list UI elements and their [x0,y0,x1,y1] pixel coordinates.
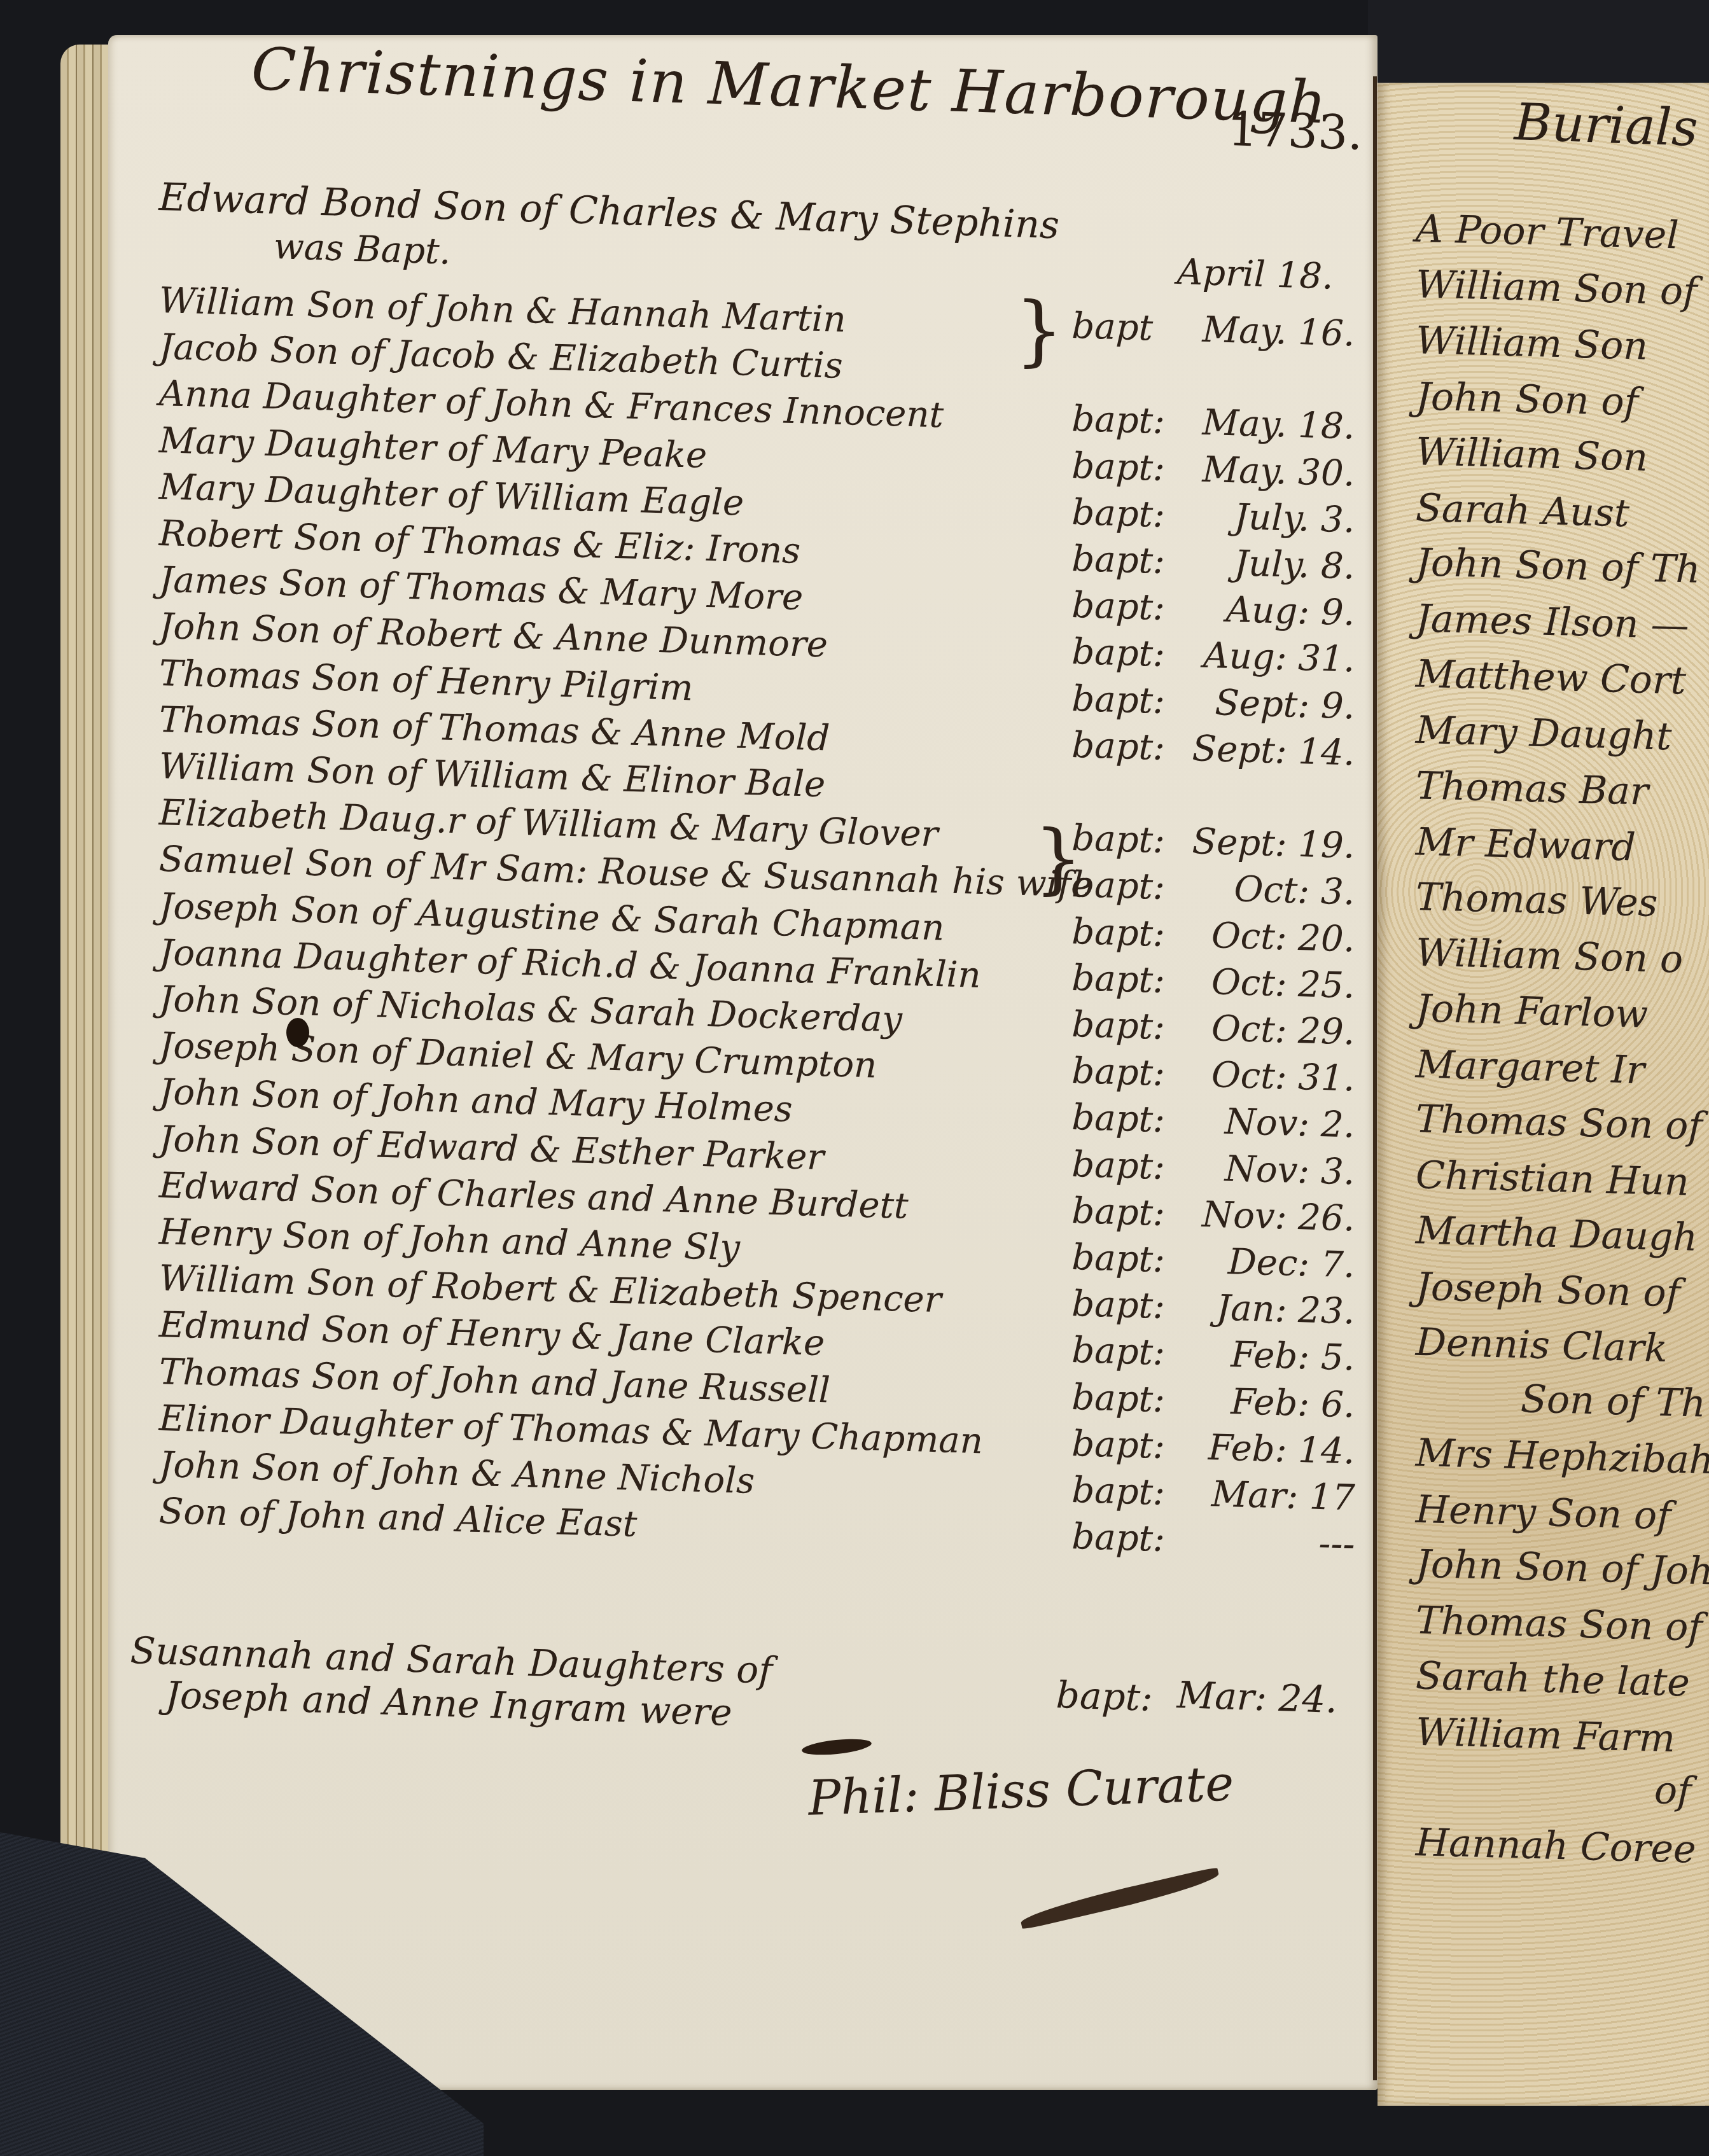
baptism-label: bapt: [1071,864,1166,908]
baptism-label: bapt: [1071,1190,1166,1234]
burial-entry: Henry Son of [1415,1487,1671,1538]
baptism-label: bapt: [1071,1423,1166,1467]
burial-entry: William Farm [1415,1709,1676,1761]
intro-entry-line2: was Bapt. [273,226,451,273]
baptism-label: bapt: [1071,1283,1166,1327]
baptism-date: May. 16. [1202,309,1355,355]
baptism-label: bapt: [1071,1516,1166,1560]
burial-entry: John Son of [1415,374,1639,424]
burial-entry: Mr Edward [1415,819,1636,870]
burial-entry: Thomas Son of [1415,1598,1703,1650]
burial-entry: Mrs Hephzibah [1415,1431,1709,1483]
burial-entry: John Son of John [1415,1541,1709,1594]
baptism-label: bapt: [1071,1004,1166,1048]
baptism-date: Nov: 3. [1224,1148,1355,1193]
baptism-label: bapt: [1071,678,1166,722]
burial-entry: James Ilson — [1415,596,1689,648]
baptism-label: bapt: [1071,445,1166,489]
baptism-date: Mar: 17 [1211,1473,1355,1519]
brace-may16: } [1015,286,1063,375]
burial-entry: Thomas Son of [1415,1097,1703,1149]
baptism-label: bapt: [1071,725,1166,769]
baptism-label: bapt: [1071,911,1166,955]
ink-blot [286,1018,309,1047]
burial-entry: Joseph Son of [1415,1264,1681,1316]
burial-entry: Mary Daught [1415,707,1672,759]
burial-entry: of [1654,1768,1692,1814]
baptism-date: Nov: 2. [1224,1101,1355,1146]
baptism-label: bapt: [1071,1330,1166,1374]
baptism-label: bapt: [1071,631,1166,675]
burials-title: Burials [1513,92,1699,158]
baptism-label: bapt: [1071,1470,1166,1513]
burial-entry: William Son of [1415,262,1698,314]
baptism-date: --- [1318,1523,1356,1566]
baptism-label: bapt: [1071,817,1166,861]
book-gutter [1373,76,1377,2080]
page-year: 1733. [1227,102,1364,161]
burial-entry: Son of Th [1520,1377,1706,1426]
baptism-date: Oct: 20. [1211,915,1355,960]
baptism-date: Oct: 3. [1234,869,1356,914]
twins-entry-date: Mar: 24. [1176,1673,1338,1721]
baptism-label: bapt: [1071,1144,1166,1188]
burial-entry: Christian Hun [1415,1153,1689,1204]
burial-entry: Thomas Bar [1415,763,1649,814]
baptism-date: Jan: 23. [1216,1288,1355,1333]
burial-entry: Dennis Clark [1415,1320,1668,1371]
baptism-date: Nov: 26. [1201,1194,1355,1240]
baptism-date: Oct: 29. [1211,1008,1355,1053]
baptism-date: Sept: 19. [1192,821,1355,867]
burial-entry: William Son [1415,318,1649,369]
baptism-date: Feb: 14. [1208,1427,1355,1472]
burial-entry: Margaret Ir [1415,1042,1645,1092]
baptism-date: Feb: 6. [1231,1381,1356,1426]
baptism-label: bapt: [1071,1237,1166,1281]
burial-entry: William Son [1415,429,1649,480]
baptism-date: July. 8. [1234,543,1355,587]
brace-sept19: } [1034,814,1082,903]
burial-entry: Matthew Cort [1415,651,1687,703]
baptism-label: bapt: [1071,398,1166,442]
baptism-label: bapt: [1071,957,1166,1001]
baptism-label: bapt: [1071,1050,1166,1094]
baptism-date: Aug: 31. [1203,635,1355,681]
baptism-date: Sept: 9. [1215,682,1356,727]
baptism-label: bapt: [1071,1097,1166,1141]
burial-entry: William Son o [1415,930,1684,982]
burial-entry: Sarah the late [1415,1653,1691,1705]
burial-entry: Sarah Aust [1415,485,1630,536]
intro-entry-date: April 18. [1176,251,1334,298]
baptism-date: Feb: 5. [1231,1334,1356,1379]
baptism-date: Aug: 9. [1225,589,1355,634]
baptism-label: bapt [1071,305,1154,349]
baptism-date: July. 3. [1234,496,1355,541]
baptism-date: Oct: 25. [1211,961,1355,1006]
burial-entry: Hannah Coree — [1415,1820,1709,1874]
baptism-date: Sept: 14. [1192,728,1355,774]
burial-entry: Thomas Wes [1415,875,1658,926]
baptism-date: May. 30. [1202,449,1355,494]
baptism-date: Oct: 31. [1211,1054,1355,1099]
twins-entry-bapt: bapt: [1056,1673,1154,1720]
baptism-date: May. 18. [1202,402,1355,448]
burial-entry: John Farlow [1415,986,1649,1037]
burial-entry: A Poor Travel [1415,207,1679,258]
baptism-label: bapt: [1071,492,1166,536]
baptism-label: bapt: [1071,1377,1166,1421]
baptism-label: bapt: [1071,585,1166,629]
baptism-label: bapt: [1071,538,1166,582]
baptism-date: Dec: 7. [1227,1241,1355,1286]
background-dark [1368,0,1709,89]
burial-entry: Martha Daugh [1415,1208,1698,1260]
burial-entry: John Son of Th [1415,540,1701,592]
